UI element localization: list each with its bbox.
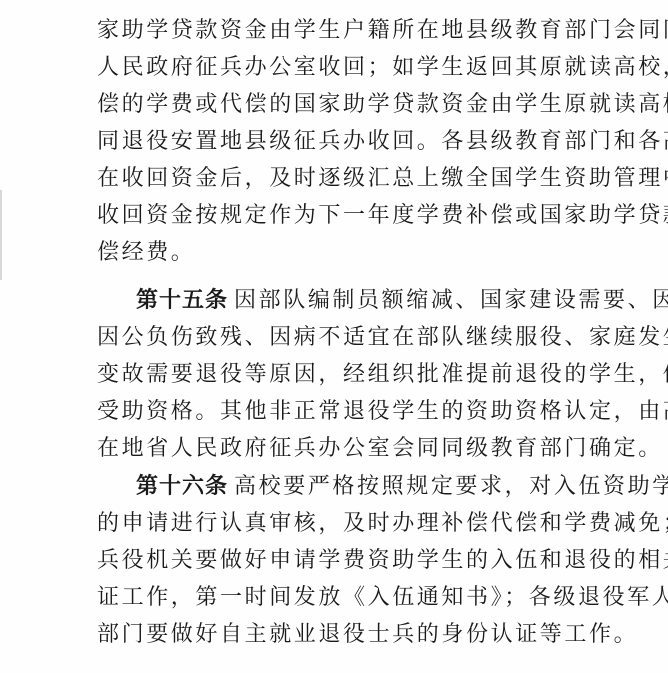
article-16-first-line: 第十六条高校要严格按照规定要求，对入伍资助学生 [136,472,636,502]
text-line: 证工作，第一时间发放《入伍通知书》；各级退役军人事务 [97,583,597,613]
text-line: 在地省人民政府征兵办公室会同同级教育部门确定。 [97,434,597,464]
text-line: 兵役机关要做好申请学费资助学生的入伍和退役的相关认 [97,546,597,576]
article-16-heading: 第十六条 [136,474,228,499]
text-line: 受助资格。其他非正常退役学生的资助资格认定，由高校所 [97,397,597,427]
text-line: 在收回资金后，及时逐级汇总上缴全国学生资助管理中心。 [97,164,597,194]
article-15-heading: 第十五条 [136,288,228,313]
article-15-first-line: 第十五条因部队编制员额缩减、国家建设需要、因战 [136,286,636,316]
text-line: 变故需要退役等原因，经组织批准提前退役的学生，仍具备 [97,360,597,390]
text-line: 因部队编制员额缩减、国家建设需要、因战 [234,288,668,313]
text-line: 因公负伤致残、因病不适宜在部队继续服役、家庭发生重大 [97,323,597,353]
text-line: 收回资金按规定作为下一年度学费补偿或国家助学贷款代 [97,201,597,231]
text-line: 偿经费。 [97,238,597,268]
text-line: 部门要做好自主就业退役士兵的身份认证等工作。 [97,620,597,650]
text-line: 人民政府征兵办公室收回；如学生返回其原就读高校，已补 [97,53,597,83]
text-line: 高校要严格按照规定要求，对入伍资助学生 [234,474,668,499]
scan-edge-mark [0,190,2,280]
document-page: 家助学贷款资金由学生户籍所在地县级教育部门会同同级 人民政府征兵办公室收回；如学… [0,0,668,673]
text-line: 偿的学费或代偿的国家助学贷款资金由学生原就读高校会 [97,90,597,120]
text-line: 的申请进行认真审核，及时办理补偿代偿和学费减免；各级 [97,509,597,539]
text-line: 同退役安置地县级征兵办收回。各县级教育部门和各高校应 [97,127,597,157]
text-line: 家助学贷款资金由学生户籍所在地县级教育部门会同同级 [97,16,597,46]
